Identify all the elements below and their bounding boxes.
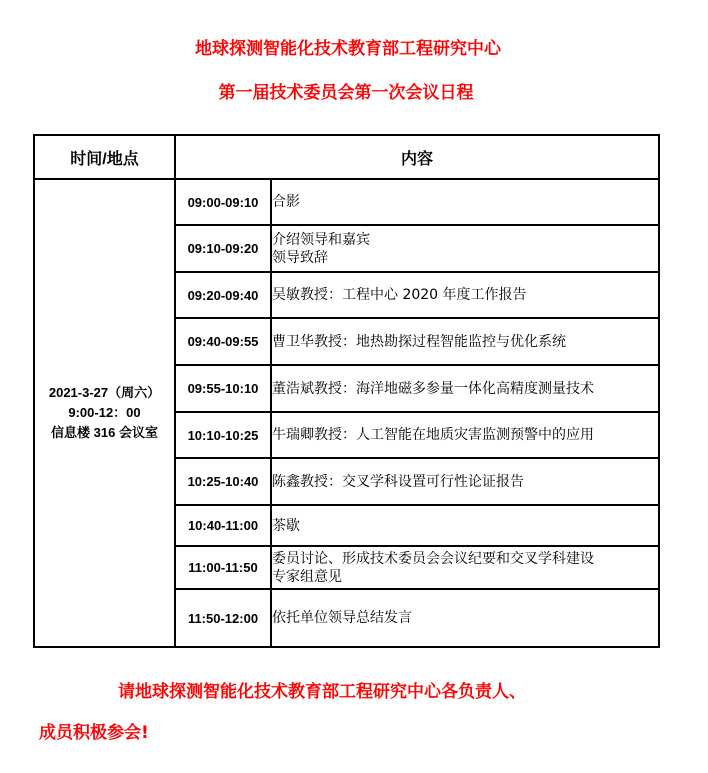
agenda-content-line: 牛瑞卿教授：人工智能在地质灾害监测预警中的应用 [272,426,658,444]
agenda-content-cell: 牛瑞卿教授：人工智能在地质灾害监测预警中的应用 [271,412,659,458]
time-slot-cell: 09:10-09:20 [175,225,271,272]
agenda-content-cell: 曹卫华教授：地热勘探过程智能监控与优化系统 [271,318,659,365]
session-time: 9:00-12：00 [35,403,174,423]
agenda-content-line: 茶歇 [272,517,658,535]
agenda-content-line: 专家组意见 [272,568,658,586]
footer-notice-line1: 请地球探测智能化技术教育部工程研究中心各负责人、 [118,681,526,703]
agenda-content-line: 领导致辞 [272,249,658,267]
agenda-content-cell: 吴敏教授：工程中心 2020 年度工作报告 [271,272,659,318]
agenda-content-line: 介绍领导和嘉宾 [272,231,658,249]
column-header-content: 内容 [175,135,659,179]
time-slot-cell: 10:10-10:25 [175,412,271,458]
agenda-content-line: 曹卫华教授：地热勘探过程智能监控与优化系统 [272,333,658,351]
agenda-content-line: 陈鑫教授：交叉学科设置可行性论证报告 [272,473,658,491]
agenda-content-line: 合影 [272,193,658,211]
time-slot-cell: 09:55-10:10 [175,365,271,412]
time-slot-cell: 09:20-09:40 [175,272,271,318]
agenda-content-cell: 合影 [271,179,659,225]
agenda-content-cell: 董浩斌教授：海洋地磁多参量一体化高精度测量技术 [271,365,659,412]
session-date: 2021-3-27（周六） [35,383,174,403]
agenda-table: 时间/地点 内容 2021-3-27（周六）9:00-12：00信息楼 316 … [33,134,660,648]
agenda-content-line: 董浩斌教授：海洋地磁多参量一体化高精度测量技术 [272,380,658,398]
agenda-content-line: 吴敏教授：工程中心 2020 年度工作报告 [272,286,658,304]
agenda-content-cell: 委员讨论、形成技术委员会会议纪要和交叉学科建设专家组意见 [271,546,659,589]
time-slot-cell: 11:50-12:00 [175,589,271,647]
document-title: 地球探测智能化技术教育部工程研究中心 [0,38,702,60]
table-row: 2021-3-27（周六）9:00-12：00信息楼 316 会议室09:00-… [34,179,659,225]
agenda-content-line: 依托单位领导总结发言 [272,609,658,627]
time-slot-cell: 09:40-09:55 [175,318,271,365]
agenda-content-cell: 介绍领导和嘉宾领导致辞 [271,225,659,272]
agenda-content-cell: 依托单位领导总结发言 [271,589,659,647]
document-subtitle: 第一届技术委员会第一次会议日程 [0,82,700,104]
session-location-cell: 2021-3-27（周六）9:00-12：00信息楼 316 会议室 [34,179,175,647]
agenda-content-line: 委员讨论、形成技术委员会会议纪要和交叉学科建设 [272,550,658,568]
time-slot-cell: 10:40-11:00 [175,505,271,546]
column-header-time-location: 时间/地点 [34,135,175,179]
time-slot-cell: 09:00-09:10 [175,179,271,225]
agenda-content-cell: 茶歇 [271,505,659,546]
table-header-row: 时间/地点 内容 [34,135,659,179]
agenda-content-cell: 陈鑫教授：交叉学科设置可行性论证报告 [271,458,659,505]
time-slot-cell: 10:25-10:40 [175,458,271,505]
footer-notice-line2: 成员积极参会! [39,722,149,744]
session-place: 信息楼 316 会议室 [35,423,174,443]
time-slot-cell: 11:00-11:50 [175,546,271,589]
